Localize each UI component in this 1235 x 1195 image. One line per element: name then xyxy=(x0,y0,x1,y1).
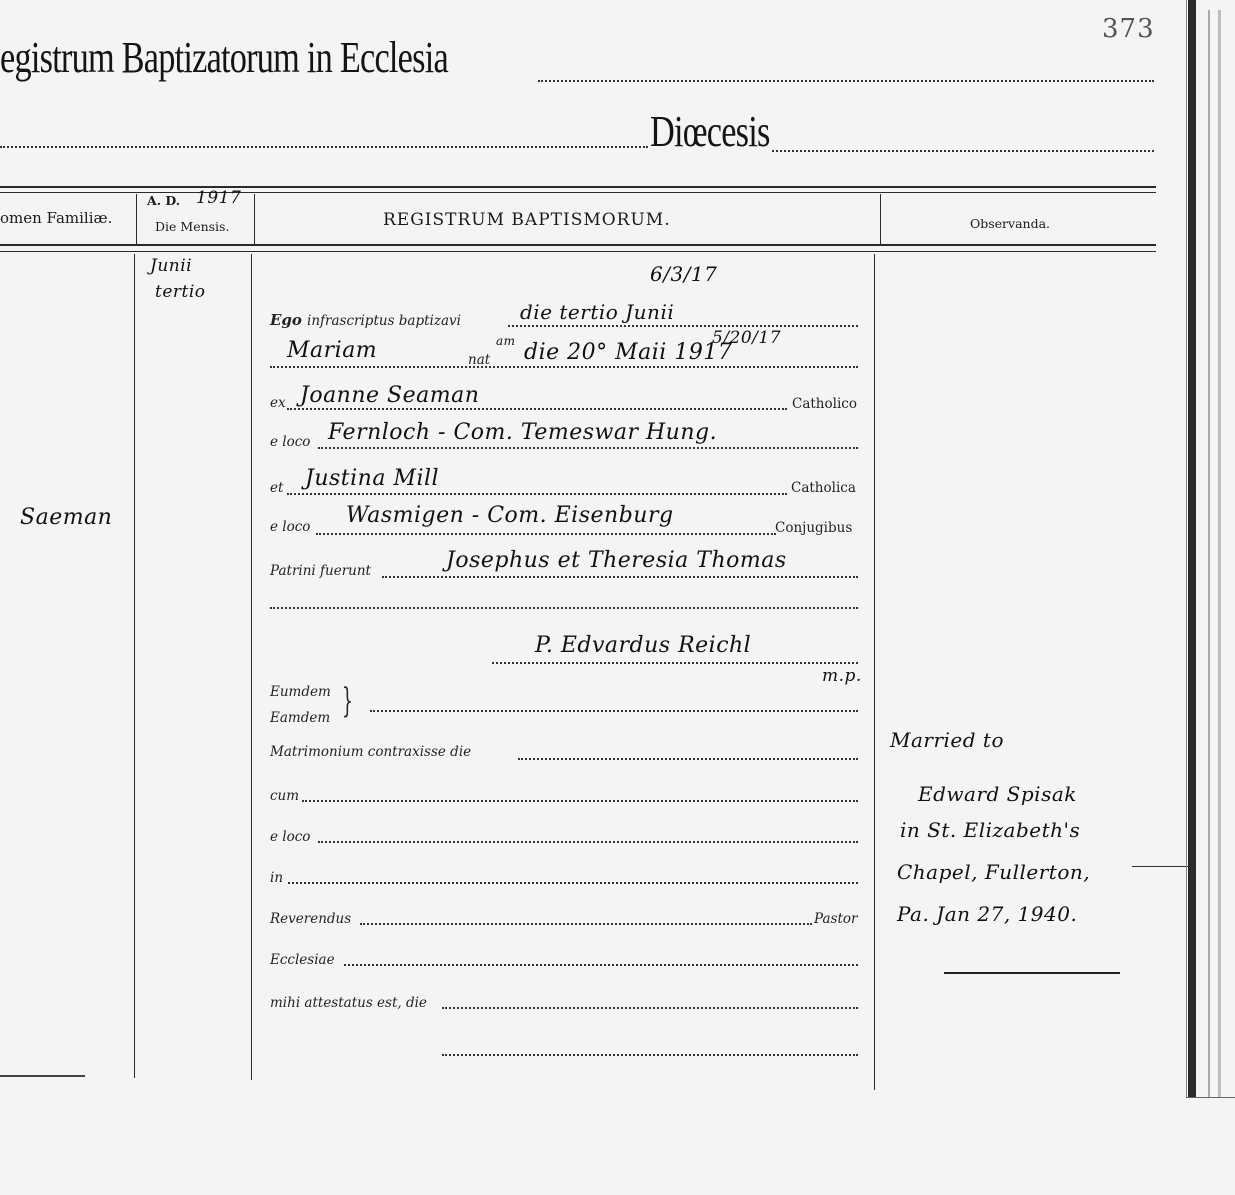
header-rule-top-1 xyxy=(0,186,1156,188)
col-divider-header-3 xyxy=(880,194,881,244)
bottom-left-rule xyxy=(0,1075,85,1077)
family-name: Saeman xyxy=(20,505,112,530)
nat-label: nat xyxy=(468,352,490,368)
attestatus-label: mihi attestatus est, die xyxy=(270,995,427,1011)
header-nomen-familiae: omen Familiæ. xyxy=(0,209,112,227)
reverendus-fill-line xyxy=(360,923,812,925)
binding-edge-dark xyxy=(1188,0,1196,1098)
cum-fill-line xyxy=(302,800,858,802)
marriage-eloco-label: e loco xyxy=(270,829,310,845)
binding-edge-inner xyxy=(1208,10,1210,1098)
matrimonium-fill-line xyxy=(518,758,858,760)
patrini-continuation-line xyxy=(270,607,858,609)
observanda-note-line-5: Pa. Jan 27, 1940. xyxy=(897,902,1077,926)
observanda-note-line-2: Edward Spisak xyxy=(918,782,1077,806)
mother-place-fill-line xyxy=(316,533,776,535)
priest-signature: P. Edvardus Reichl xyxy=(535,633,751,658)
page-number: 373 xyxy=(1102,14,1155,44)
attestation-signature-line xyxy=(442,1054,858,1056)
ecclesia-fill-line xyxy=(538,80,1154,82)
observanda-note-line-3: in St. Elizabeth's xyxy=(900,818,1080,842)
patrini-fill-line xyxy=(382,576,858,578)
col-divider-1 xyxy=(134,254,135,1078)
header-rule-bottom-2 xyxy=(0,251,1156,252)
patrini-value: Josephus et Theresia Thomas xyxy=(446,548,787,573)
mother-name: Justina Mill xyxy=(305,466,439,491)
cum-label: cum xyxy=(270,788,299,804)
reverendus-label: Reverendus xyxy=(270,911,351,927)
mother-fill-line xyxy=(287,493,787,495)
ego-label: infrascriptus baptizavi xyxy=(307,313,461,329)
child-name: Mariam xyxy=(287,338,377,363)
matrimonium-label: Matrimonium contraxisse die xyxy=(270,744,471,760)
register-title: egistrum Baptizatorum in Ecclesia xyxy=(0,32,448,83)
marriage-place-fill-line xyxy=(318,841,858,843)
father-eloco-label: e loco xyxy=(270,434,310,450)
eamdem-label: Eamdem xyxy=(270,710,330,726)
header-year-handwritten: 1917 xyxy=(196,188,241,208)
col-divider-2 xyxy=(251,254,252,1080)
col-divider-header-1 xyxy=(136,194,137,244)
header-rule-bottom-1 xyxy=(0,244,1156,246)
diocese-fill-line xyxy=(772,150,1154,152)
eumdem-fill-line xyxy=(370,710,858,712)
header-ad: A. D. xyxy=(147,193,180,208)
annotation-baptism-date: 6/3/17 xyxy=(650,262,717,286)
binding-edge-outer xyxy=(1218,10,1221,1098)
in-label: in xyxy=(270,870,283,886)
father-fill-line xyxy=(287,408,787,410)
in-fill-line xyxy=(288,882,858,884)
attestatus-fill-line xyxy=(442,1007,858,1009)
ego-fill-line xyxy=(508,325,858,327)
et-label: et xyxy=(270,480,283,496)
brace-symbol: } xyxy=(342,684,353,718)
father-name: Joanne Seaman xyxy=(300,383,479,408)
nat-superscript: am xyxy=(496,334,516,348)
patrini-label: Patrini fuerunt xyxy=(270,563,371,579)
binding-bottom-edge xyxy=(1186,1097,1235,1098)
father-place: Fernloch - Com. Temeswar Hung. xyxy=(328,420,717,445)
observanda-side-rule xyxy=(1132,866,1190,867)
ego-label-bold: Ego xyxy=(270,311,302,329)
signature-suffix: m.p. xyxy=(822,666,862,686)
ecclesiae-fill-line xyxy=(344,964,858,966)
mother-eloco-label: e loco xyxy=(270,519,310,535)
ego-value: die tertio Junii xyxy=(520,300,674,324)
observanda-note-line-1: Married to xyxy=(890,728,1004,752)
ecclesiae-label: Ecclesiae xyxy=(270,952,335,968)
day-month-line-2: tertio xyxy=(155,282,206,302)
child-fill-line xyxy=(270,366,858,368)
nat-value: die 20° Maii 1917 xyxy=(524,340,732,365)
header-die-mensis: Die Mensis. xyxy=(155,219,229,234)
diocese-prefix-line xyxy=(0,146,648,148)
observanda-underline xyxy=(944,972,1120,974)
father-religion: Catholico xyxy=(792,396,857,412)
header-observanda: Observanda. xyxy=(970,216,1050,231)
mother-place: Wasmigen - Com. Eisenburg xyxy=(346,503,674,528)
eumdem-label: Eumdem xyxy=(270,684,331,700)
mother-religion: Catholica xyxy=(791,480,856,496)
ex-label: ex xyxy=(270,395,286,411)
binding-edge-line xyxy=(1186,0,1187,1098)
col-divider-header-2 xyxy=(254,194,255,244)
conjugibus-label: Conjugibus xyxy=(775,520,852,536)
pastor-label: Pastor xyxy=(814,911,857,927)
row-ego: Ego infrascriptus baptizavi xyxy=(270,310,461,329)
header-registrum-baptismorum: REGISTRUM BAPTISMORUM. xyxy=(383,210,671,230)
day-month-line-1: Junii xyxy=(150,256,192,276)
signature-line xyxy=(492,662,858,664)
diocese-title: Diœcesis xyxy=(650,106,770,157)
father-place-fill-line xyxy=(318,447,858,449)
observanda-note-line-4: Chapel, Fullerton, xyxy=(897,860,1090,884)
col-divider-3 xyxy=(874,254,875,1090)
